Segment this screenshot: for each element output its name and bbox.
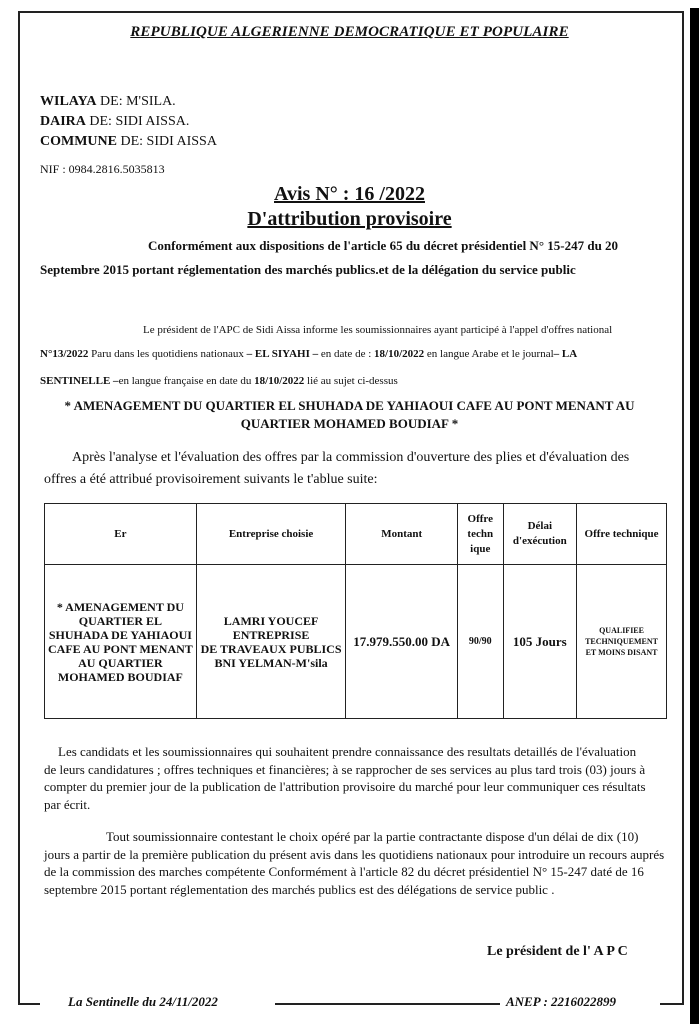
cell-company: LAMRI YOUCEF ENTREPRISE DE TRAVEAUX PUBL… [196, 565, 346, 719]
conformity-line-2: Septembre 2015 portant réglementation de… [40, 262, 576, 278]
candidates-paragraph: Les candidats et les soumissionnaires qu… [44, 743, 664, 813]
scan-edge-bar [690, 8, 699, 1024]
frame-border-right [682, 11, 684, 1004]
frame-border-bottom-left [18, 1003, 40, 1005]
frame-border-left [18, 11, 20, 1004]
cell-tech-score: 90/90 [457, 565, 503, 719]
signature: Le président de l' A P C [487, 944, 628, 960]
nif-number: NIF : 0984.2816.5035813 [40, 162, 165, 177]
header-company: Entreprise choisie [196, 504, 346, 565]
daira-line: DAIRA DE: SIDI AISSA. [40, 112, 217, 132]
wilaya-line: WILAYA DE: M'SILA. [40, 92, 217, 112]
frame-border-top [18, 11, 683, 13]
subject-line-1: * AMENAGEMENT DU QUARTIER EL SHUHADA DE … [0, 398, 699, 414]
table-header-row: Er Entreprise choisie Montant Offre tech… [45, 504, 667, 565]
cell-delay: 105 Jours [503, 565, 577, 719]
footer-anep-number: ANEP : 2216022899 [506, 994, 616, 1010]
attribution-table: Er Entreprise choisie Montant Offre tech… [44, 503, 667, 719]
conformity-line-1: Conformément aux dispositions de l'artic… [148, 238, 618, 254]
frame-border-bottom-mid [275, 1003, 500, 1005]
notice-title: D'attribution provisoire [0, 208, 699, 231]
table-row: * AMENAGEMENT DU QUARTIER EL SHUHADA DE … [45, 565, 667, 719]
cell-tech-offer: QUALIFIEE TECHNIQUEMENT ET MOINS DISANT [577, 565, 667, 719]
intro-line-3: SENTINELLE –en langue française en date … [40, 375, 398, 387]
header-delay: Délai d'exécution [503, 504, 577, 565]
intro-line-1: Le président de l'APC de Sidi Aissa info… [143, 324, 612, 336]
frame-border-bottom-right [660, 1003, 684, 1005]
commune-line: COMMUNE DE: SIDI AISSA [40, 132, 217, 152]
header-amount: Montant [346, 504, 458, 565]
cell-amount: 17.979.550.00 DA [346, 565, 458, 719]
footer-newspaper: La Sentinelle du 24/11/2022 [68, 994, 218, 1010]
republic-heading: REPUBLIQUE ALGERIENNE DEMOCRATIQUE ET PO… [0, 24, 699, 41]
evaluation-line-1: Après l'analyse et l'évaluation des offr… [72, 450, 629, 466]
administrative-info: WILAYA DE: M'SILA. DAIRA DE: SIDI AISSA.… [40, 92, 217, 152]
header-er: Er [45, 504, 197, 565]
notice-number: Avis N° : 16 /2022 [0, 183, 699, 206]
evaluation-line-2: offres a été attribué provisoirement sui… [44, 472, 378, 488]
cell-object: * AMENAGEMENT DU QUARTIER EL SHUHADA DE … [45, 565, 197, 719]
header-tech-offer: Offre technique [577, 504, 667, 565]
intro-line-2: N°13/2022 Paru dans les quotidiens natio… [40, 348, 577, 360]
header-tech-score: Offre techn ique [457, 504, 503, 565]
subject-line-2: QUARTIER MOHAMED BOUDIAF * [0, 416, 699, 432]
appeal-paragraph: Tout soumissionnaire contestant le choix… [44, 828, 674, 898]
